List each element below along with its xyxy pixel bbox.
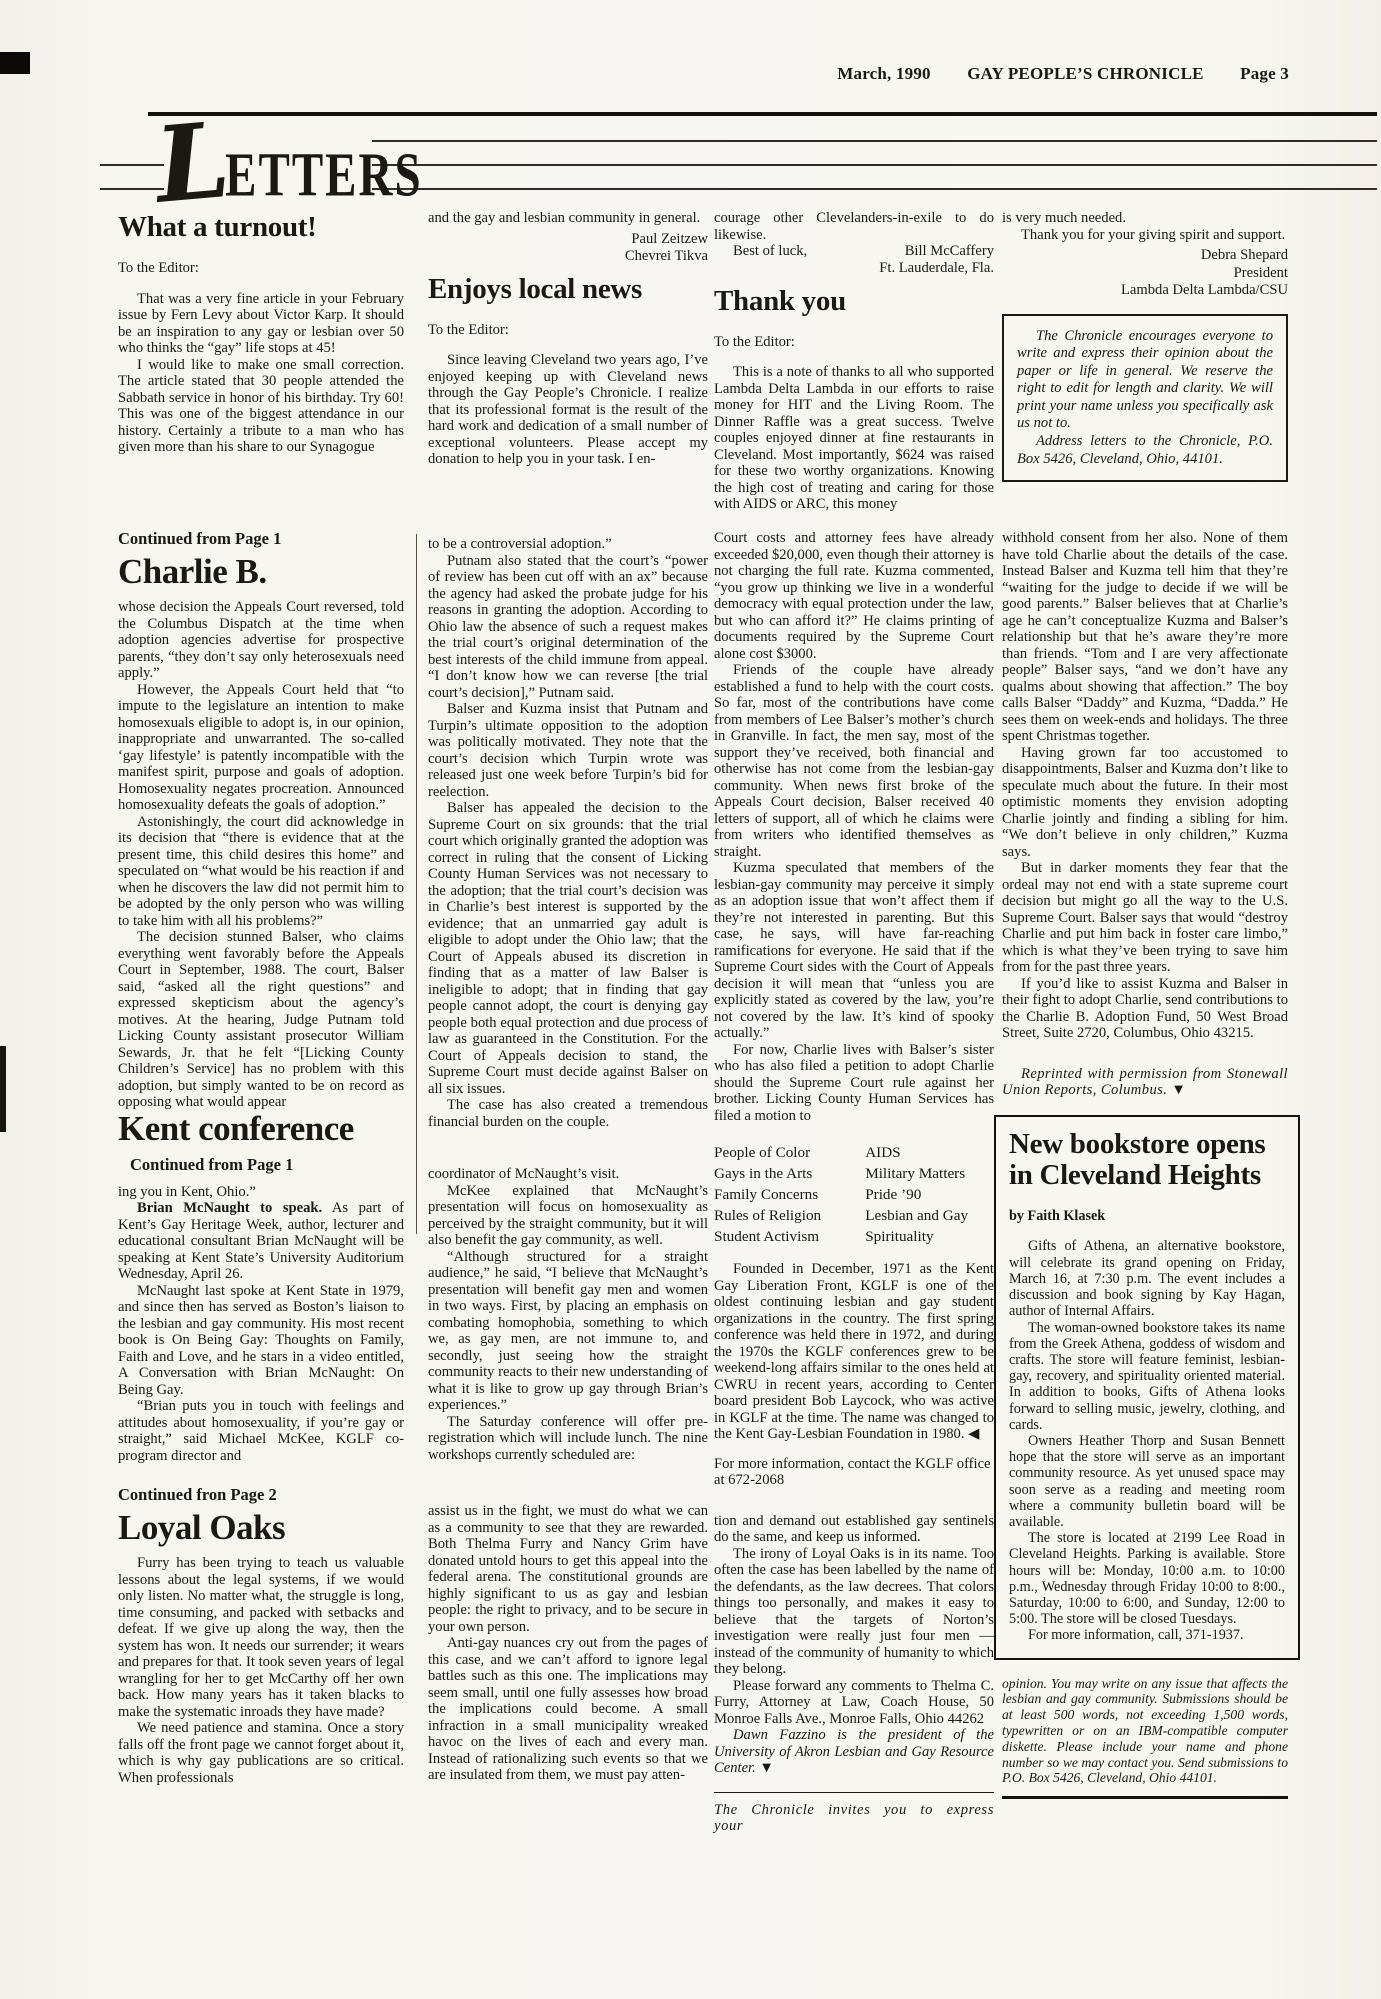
masthead-rule — [100, 188, 164, 190]
paragraph: McNaught last spoke at Kent State in 197… — [118, 1283, 404, 1399]
letters-column-3: courage other Clevelanders-in-exile to d… — [714, 210, 994, 513]
signature-place: Ft. Lauderdale, Fla. — [714, 260, 994, 278]
paragraph: Owners Heather Thorp and Susan Bennett h… — [1009, 1433, 1285, 1530]
paragraph: For now, Charlie lives with Balser’s sis… — [714, 1042, 994, 1125]
continued-tag: Continued from Page 1 — [118, 530, 404, 548]
paragraph: The case has also created a tremendous f… — [428, 1097, 708, 1130]
author-byline: Dawn Fazzino is the president of the Uni… — [714, 1727, 994, 1777]
signature-name: Paul Zeitzew — [428, 231, 708, 249]
signature-org: Lambda Delta Lambda/CSU — [1002, 282, 1288, 300]
paragraph: Brian McNaught to speak. As part of Kent… — [118, 1200, 404, 1283]
paragraph: Friends of the couple have already estab… — [714, 662, 994, 860]
signature-org: Chevrei Tikva — [428, 248, 708, 266]
masthead-initial: L — [153, 120, 229, 205]
paragraph: Founded in December, 1971 as the Kent Ga… — [714, 1261, 994, 1443]
page-header: March, 1990 GAY PEOPLE’S CHRONICLE Page … — [805, 64, 1289, 84]
paragraph: Since leaving Cleveland two years ago, I… — [428, 352, 708, 468]
paragraph: Balser has appealed the decision to the … — [428, 800, 708, 1097]
paragraph: Kuzma speculated that members of the les… — [714, 860, 994, 1042]
paragraph: Furry has been trying to teach us valuab… — [118, 1555, 404, 1720]
spacer — [428, 1130, 708, 1166]
masthead-rule — [372, 188, 1377, 190]
kent-conference-headline: Kent conference — [118, 1111, 404, 1146]
paragraph: We need patience and stamina. Once a sto… — [118, 1720, 404, 1786]
letter-title-what-a-turnout: What a turnout! — [118, 212, 404, 242]
letters-column-2: and the gay and lesbian community in gen… — [428, 210, 708, 468]
workshops-list-right: AIDS Military Matters Pride ’90 Lesbian … — [865, 1142, 994, 1247]
continued-tag: Continued fron Page 2 — [118, 1486, 404, 1504]
paragraph: “Brian puts you in touch with feelings a… — [118, 1398, 404, 1464]
paragraph: and the gay and lesbian community in gen… — [428, 210, 708, 227]
contact-note: For more information, contact the KGLF o… — [714, 1456, 994, 1489]
paragraph: Astonishingly, the court did acknowledge… — [118, 814, 404, 930]
paragraph: The irony of Loyal Oaks is in its name. … — [714, 1546, 994, 1678]
salutation: To the Editor: — [714, 334, 994, 351]
signature-title: President — [1002, 265, 1288, 283]
article-column-4: withhold consent from her also. None of … — [1002, 530, 1288, 1799]
paragraph-lead: Brian McNaught to speak. — [137, 1200, 322, 1216]
letter-title-thank-you: Thank you — [714, 286, 994, 316]
paragraph: tion and demand out established gay sent… — [714, 1513, 994, 1546]
publication-title: GAY PEOPLE’S CHRONICLE — [967, 64, 1203, 83]
workshop-item: AIDS — [865, 1142, 994, 1163]
workshop-item: Military Matters — [865, 1163, 994, 1184]
paragraph: “Although structured for a straight audi… — [428, 1249, 708, 1414]
workshops-list: People of Color Gays in the Arts Family … — [714, 1142, 994, 1247]
bookstore-byline: by Faith Klasek — [1009, 1208, 1285, 1224]
workshop-item: Lesbian and Gay Spirituality — [865, 1205, 994, 1247]
paragraph: Thank you for your giving spirit and sup… — [1002, 227, 1288, 244]
paragraph: courage other Clevelanders-in-exile to d… — [714, 210, 994, 243]
letter-signature: Debra Shepard President Lambda Delta Lam… — [1002, 247, 1288, 300]
letters-column-4: is very much needed. Thank you for your … — [1002, 210, 1288, 482]
spacer — [428, 1463, 708, 1503]
paragraph: This is a note of thanks to all who supp… — [714, 364, 994, 513]
paragraph: The decision stunned Balser, who claims … — [118, 929, 404, 1111]
paragraph: For more information, call, 371-1937. — [1009, 1627, 1285, 1643]
paragraph: But in darker moments they fear that the… — [1002, 860, 1288, 976]
paragraph: ing you in Kent, Ohio.” — [118, 1184, 404, 1201]
policy-paragraph: Address letters to the Chronicle, P.O. B… — [1017, 433, 1273, 468]
paragraph: The store is located at 2199 Lee Road in… — [1009, 1530, 1285, 1627]
masthead-text: ETTERS — [225, 151, 422, 202]
paragraph: I would like to make one small correctio… — [118, 357, 404, 456]
header-rule — [148, 112, 1377, 116]
scan-artifact-corner — [0, 52, 30, 74]
paragraph: assist us in the fight, we must do what … — [428, 1503, 708, 1635]
chronicle-invite-line: The Chronicle invites you to express you… — [714, 1802, 994, 1835]
bookstore-article-box: New bookstore opens in Cleveland Heights… — [994, 1115, 1300, 1660]
paragraph: Gifts of Athena, an alternative bookstor… — [1009, 1238, 1285, 1319]
salutation: To the Editor: — [428, 322, 708, 339]
masthead-rule — [372, 140, 1377, 142]
scan-artifact-edge — [0, 1046, 6, 1132]
paragraph: withhold consent from her also. None of … — [1002, 530, 1288, 745]
workshop-item: Gays in the Arts — [714, 1163, 865, 1184]
paragraph: Balser and Kuzma insist that Putnam and … — [428, 701, 708, 800]
paragraph: coordinator of McNaught’s visit. — [428, 1166, 708, 1183]
article-column-1: Continued from Page 1 Charlie B. whose d… — [118, 530, 404, 1786]
letters-policy-box: The Chronicle encourages everyone to wri… — [1002, 314, 1288, 483]
signature-name: Debra Shepard — [1002, 247, 1288, 265]
paragraph: Having grown far too accustomed to disap… — [1002, 745, 1288, 861]
bottom-rule — [1002, 1796, 1288, 1799]
paragraph: to be a controversial adoption.” — [428, 536, 708, 553]
workshop-item: Student Activism — [714, 1226, 865, 1247]
paragraph: That was a very fine article in your Feb… — [118, 291, 404, 357]
paragraph: is very much needed. — [1002, 210, 1288, 227]
charlie-b-headline: Charlie B. — [118, 554, 404, 589]
reprint-credit: Reprinted with permission from Stonewall… — [1002, 1066, 1288, 1099]
letters-column-1: What a turnout! To the Editor: That was … — [118, 210, 404, 456]
continued-tag: Continued from Page 1 — [118, 1156, 404, 1174]
workshop-item: Rules of Religion — [714, 1205, 865, 1226]
paragraph: Please forward any comments to Thelma C.… — [714, 1678, 994, 1728]
letter-signature: Paul Zeitzew Chevrei Tikva — [428, 231, 708, 266]
column-rule — [416, 534, 417, 1234]
workshop-item: Family Concerns — [714, 1184, 865, 1205]
workshops-list-left: People of Color Gays in the Arts Family … — [714, 1142, 865, 1247]
workshop-item: Pride ’90 — [865, 1184, 994, 1205]
paragraph: Court costs and attorney fees have alrea… — [714, 530, 994, 662]
newspaper-page: March, 1990 GAY PEOPLE’S CHRONICLE Page … — [0, 0, 1381, 1999]
article-column-3: Court costs and attorney fees have alrea… — [714, 530, 994, 1835]
spacer — [714, 1489, 994, 1513]
issue-date: March, 1990 — [837, 64, 930, 83]
letter-title-enjoys-local-news: Enjoys local news — [428, 274, 708, 304]
policy-paragraph: The Chronicle encourages everyone to wri… — [1017, 328, 1273, 434]
section-rule — [714, 1792, 994, 1793]
salutation: To the Editor: — [118, 260, 404, 277]
masthead-rule — [372, 164, 1377, 166]
masthead-rule — [100, 164, 164, 166]
bookstore-headline: New bookstore opens in Cleveland Heights — [1009, 1129, 1285, 1193]
paragraph: whose decision the Appeals Court reverse… — [118, 599, 404, 682]
paragraph: However, the Appeals Court held that “to… — [118, 682, 404, 814]
paragraph: Putnam also stated that the court’s “pow… — [428, 553, 708, 702]
workshop-item: People of Color — [714, 1142, 865, 1163]
loyal-oaks-headline: Loyal Oaks — [118, 1510, 404, 1545]
page-number: Page 3 — [1240, 64, 1289, 83]
article-column-2: to be a controversial adoption.” Putnam … — [428, 536, 708, 1784]
paragraph: The woman-owned bookstore takes its name… — [1009, 1320, 1285, 1433]
letters-masthead: L ETTERS — [156, 118, 423, 202]
paragraph: McKee explained that McNaught’s presenta… — [428, 1183, 708, 1249]
paragraph: Anti-gay nuances cry out from the pages … — [428, 1635, 708, 1784]
paragraph: The Saturday conference will offer pre-r… — [428, 1414, 708, 1464]
submission-notice: opinion. You may write on any issue that… — [1002, 1676, 1288, 1787]
paragraph: If you’d like to assist Kuzma and Balser… — [1002, 976, 1288, 1042]
